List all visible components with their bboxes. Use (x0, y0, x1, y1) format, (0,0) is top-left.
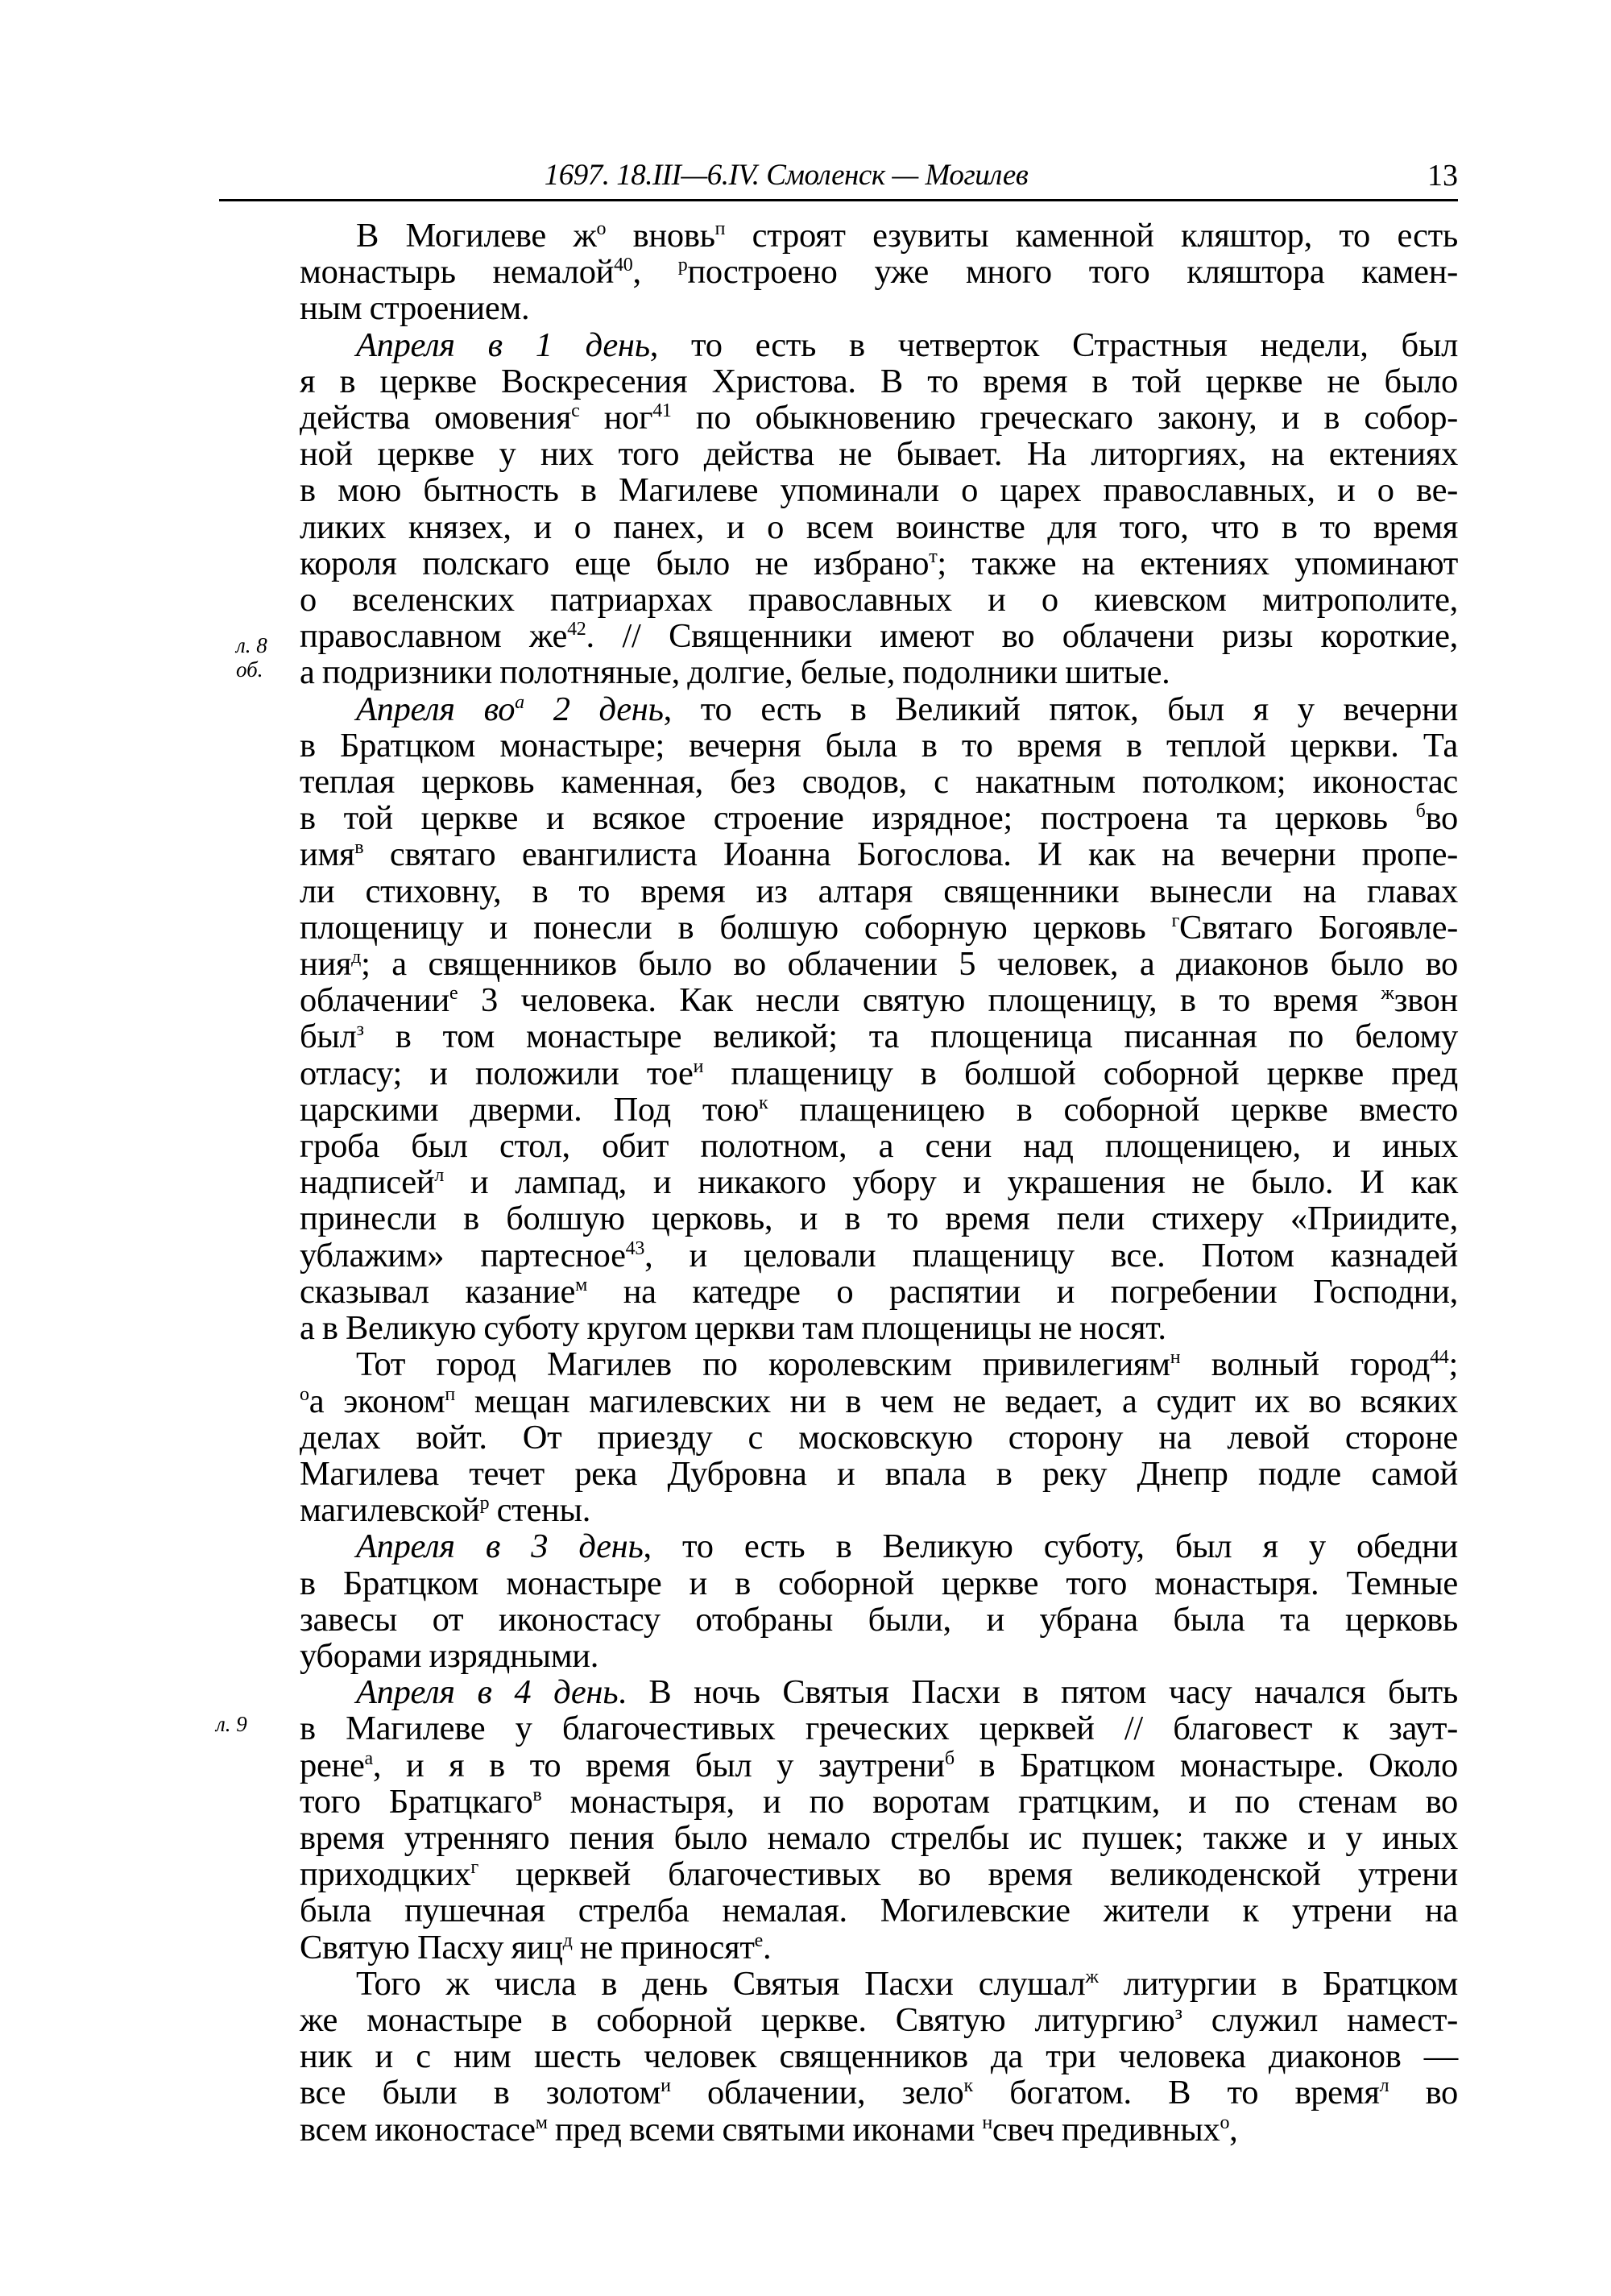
text-line: а в Великую суботу кругом церкви там пло… (300, 1310, 1458, 1346)
text-line: Апреля в 1 день, то есть в четверток Стр… (300, 327, 1458, 363)
text-line: приходцкихг церквей благочестивых во вре… (300, 1856, 1458, 1892)
text-line: принесли в болшую церковь, и в то время … (300, 1200, 1458, 1237)
text-line: завесы от иконостасу отобраны были, и уб… (300, 1602, 1458, 1638)
document-page: 1697. 18.III—6.IV. Смоленск — Могилев 13… (0, 0, 1611, 2296)
text-line: Святую Пасху яицд не приносяте. (300, 1929, 1458, 1966)
paragraph: Апреля в 1 день, то есть в четверток Стр… (300, 327, 1458, 691)
text-line: уборами изрядными. (300, 1638, 1458, 1674)
text-line: отласу; и положили тоеи плащеницу в болш… (300, 1055, 1458, 1092)
margin-note-folio-9: л. 9 (216, 1712, 247, 1736)
text-line: В Могилеве жо вновьп строят езувиты каме… (300, 218, 1458, 254)
text-line: в Магилеве у благочестивых греческих цер… (300, 1710, 1458, 1747)
margin-note-folio-8v: л. 8 об. (236, 633, 267, 682)
paragraph: Апреля в 4 день. В ночь Святыя Пасхи в п… (300, 1674, 1458, 1966)
text-line: а подризники полотняные, долгие, белые, … (300, 654, 1458, 690)
margin-note-line: л. 8 (236, 633, 267, 657)
text-line: о вселенских патриархах православных и о… (300, 582, 1458, 618)
text-line: ренеа, и я в то время был у заутрениб в … (300, 1747, 1458, 1784)
text-line: в Братцком монастыре; вечерня была в то … (300, 727, 1458, 764)
running-header: 1697. 18.III—6.IV. Смоленск — Могилев 13 (219, 158, 1458, 197)
text-line: делах войт. От приезду с московскую стор… (300, 1419, 1458, 1456)
text-line: ликих князех, и о панех, и о всем воинст… (300, 509, 1458, 545)
text-line: все были в золотоми облачении, зелок бог… (300, 2074, 1458, 2111)
text-line: же монастыре в соборной церкве. Святую л… (300, 2002, 1458, 2038)
text-line: Того ж числа в день Святыя Пасхи слушалж… (300, 1966, 1458, 2002)
text-line: православном же42. // Священники имеют в… (300, 618, 1458, 654)
text-line: облачениие 3 человека. Как несли святую … (300, 982, 1458, 1018)
paragraph: Тот город Магилев по королевским привиле… (300, 1346, 1458, 1528)
text-line: площеницу и понесли в болшую соборную це… (300, 910, 1458, 946)
text-line: в мою бытность в Магилеве упоминали о ца… (300, 472, 1458, 508)
text-line: нияд; а священников было во облачении 5 … (300, 946, 1458, 982)
text-line: царскими дверми. Под тоюк плащеницею в с… (300, 1092, 1458, 1128)
text-line: ублажим» партесное43, и целовали плащени… (300, 1237, 1458, 1274)
margin-note-line: л. 9 (216, 1712, 247, 1736)
text-line: имяв святаго евангилиста Иоанна Богослов… (300, 836, 1458, 872)
body-text: В Могилеве жо вновьп строят езувиты каме… (300, 218, 1458, 2148)
text-line: ной церкве у них того действа не бывает.… (300, 436, 1458, 472)
paragraph: В Могилеве жо вновьп строят езувиты каме… (300, 218, 1458, 327)
header-rule (219, 199, 1458, 201)
text-line: гроба был стол, обит полотном, а сени на… (300, 1128, 1458, 1164)
text-line: того Братцкагов монастыря, и по воротам … (300, 1784, 1458, 1820)
margin-note-line: об. (236, 657, 267, 682)
paragraph: Апреля воа 2 день, то есть в Великий пят… (300, 691, 1458, 1347)
text-line: была пушечная стрелба немалая. Могилевск… (300, 1892, 1458, 1929)
text-line: в той церкве и всякое строение изрядное;… (300, 800, 1458, 836)
text-line: монастырь немалой40, рпостроено уже мног… (300, 254, 1458, 290)
text-line: Апреля в 3 день, то есть в Великую субот… (300, 1528, 1458, 1565)
text-line: надписейл и лампад, и никакого убору и у… (300, 1164, 1458, 1200)
text-line: Магилева течет река Дубровна и впала в р… (300, 1456, 1458, 1492)
text-line: теплая церковь каменная, без сводов, с н… (300, 764, 1458, 800)
text-line: я в церкве Воскресения Христова. В то вр… (300, 363, 1458, 400)
text-line: Тот город Магилев по королевским привиле… (300, 1346, 1458, 1382)
text-line: Апреля в 4 день. В ночь Святыя Пасхи в п… (300, 1674, 1458, 1710)
page-number: 13 (1427, 158, 1458, 193)
text-line: былз в том монастыре великой; та площени… (300, 1018, 1458, 1055)
text-line: всем иконостасем пред всеми святыми икон… (300, 2112, 1458, 2148)
text-line: Апреля воа 2 день, то есть в Великий пят… (300, 691, 1458, 727)
text-line: оа экономп мещан магилевских ни в чем не… (300, 1383, 1458, 1419)
text-line: ным строением. (300, 290, 1458, 326)
text-line: ник и с ним шесть человек священников да… (300, 2038, 1458, 2074)
text-line: короля полскаго еще было не избранот; та… (300, 545, 1458, 582)
text-line: магилевскойр стены. (300, 1492, 1458, 1528)
paragraph: Апреля в 3 день, то есть в Великую субот… (300, 1528, 1458, 1674)
text-line: ли стиховну, в то время из алтаря священ… (300, 873, 1458, 910)
text-line: в Братцком монастыре и в соборной церкве… (300, 1565, 1458, 1602)
paragraph: Того ж числа в день Святыя Пасхи слушалж… (300, 1966, 1458, 2148)
text-line: время утренняго пения было немало стрелб… (300, 1820, 1458, 1856)
running-title: 1697. 18.III—6.IV. Смоленск — Могилев (219, 158, 1458, 193)
text-line: действа омовенияс ног41 по обыкновению г… (300, 400, 1458, 436)
text-line: сказывал казанием на катедре о распятии … (300, 1274, 1458, 1310)
